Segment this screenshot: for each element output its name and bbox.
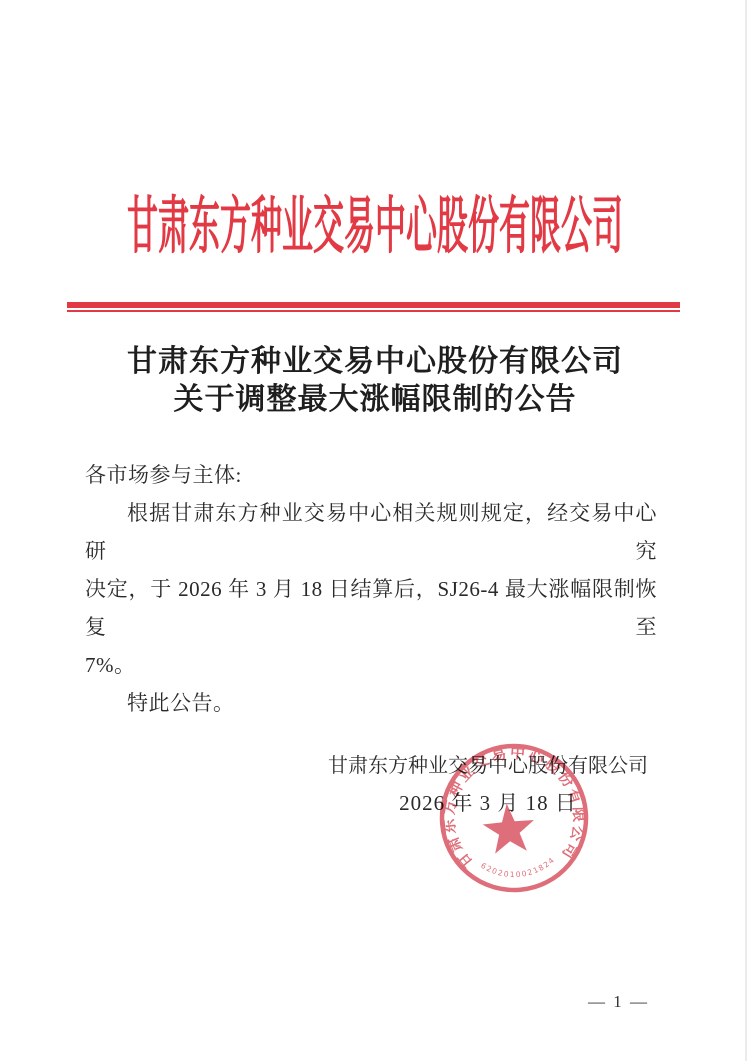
document-body: 各市场参与主体: 根据甘肃东方种业交易中心相关规则规定，经交易中心研究 决定，于… — [85, 456, 657, 722]
document-page: 甘肃东方种业交易中心股份有限公司 甘肃东方种业交易中心股份有限公司 关于调整最大… — [0, 0, 750, 1061]
document-title-line2: 关于调整最大涨幅限制的公告 — [0, 381, 750, 419]
salutation: 各市场参与主体: — [85, 456, 657, 494]
body-line: 7%。 — [85, 646, 657, 684]
scan-edge-artifact — [745, 0, 747, 1061]
company-seal: 甘肃东方种业交易中心股份有限公司 6202010021824 — [427, 731, 600, 904]
letterhead-company-title: 甘肃东方种业交易中心股份有限公司 — [127, 196, 623, 258]
seal-serial: 6202010021824 — [479, 855, 559, 883]
letterhead-rule — [67, 302, 680, 312]
document-title-line1: 甘肃东方种业交易中心股份有限公司 — [0, 343, 750, 381]
body-line: 决定，于 2026 年 3 月 18 日结算后，SJ26-4 最大涨幅限制恢复至 — [85, 570, 657, 646]
seal-ring-text: 甘肃东方种业交易中心股份有限公司 — [434, 738, 593, 875]
letterhead: 甘肃东方种业交易中心股份有限公司 — [0, 192, 750, 262]
page-number: — 1 — — [588, 992, 649, 1012]
seal-star-icon — [481, 801, 536, 854]
body-line: 根据甘肃东方种业交易中心相关规则规定，经交易中心研究 — [85, 494, 657, 570]
document-title: 甘肃东方种业交易中心股份有限公司 关于调整最大涨幅限制的公告 — [0, 343, 750, 419]
closing-line: 特此公告。 — [85, 684, 657, 722]
